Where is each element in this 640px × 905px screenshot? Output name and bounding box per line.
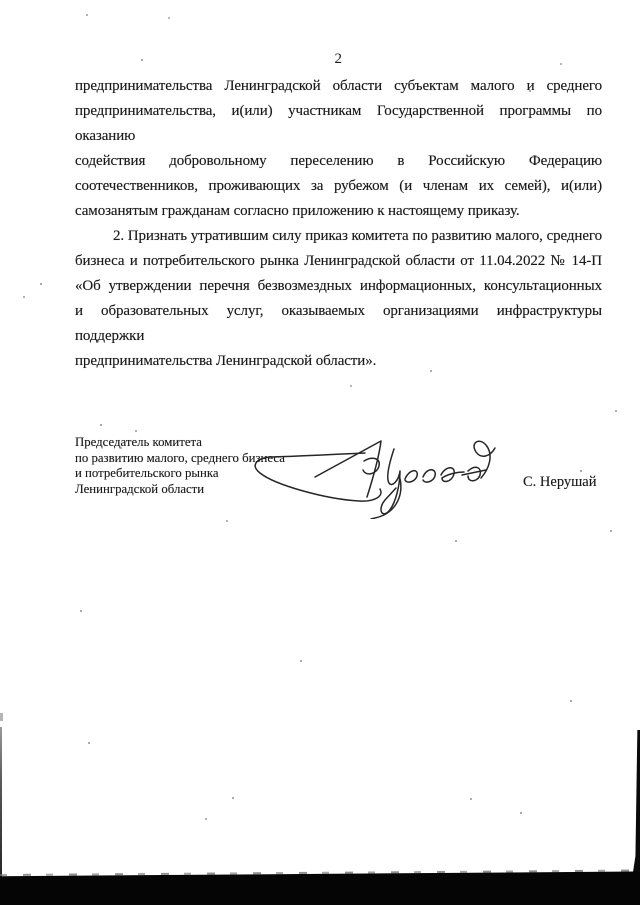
text-line: предпринимательства Ленинградской област… — [75, 349, 602, 374]
signatory-name: С. Нерушай — [523, 474, 597, 491]
text-line: и образовательных услуг, оказываемых орг… — [75, 299, 602, 349]
document-body: предпринимательства Ленинградской област… — [75, 74, 602, 374]
scan-noise-dots — [0, 0, 2, 2]
text-line: 2. Признать утратившим силу приказ комит… — [75, 224, 602, 249]
text-line: самозанятым гражданам согласно приложени… — [75, 199, 602, 224]
text-line: предпринимательства Ленинградской област… — [75, 74, 602, 99]
handwritten-signature-icon — [253, 431, 497, 519]
scanner-edge-artifact-left-tip — [0, 713, 3, 721]
text-line: предпринимательства, и(или) участникам Г… — [75, 99, 602, 149]
page-number: 2 — [75, 51, 602, 68]
text-line: соотечественников, проживающих за рубежо… — [75, 174, 602, 199]
text-line: «Об утверждении перечня безвозмездных ин… — [75, 274, 602, 299]
text-line: содействия добровольному переселению в Р… — [75, 149, 602, 174]
document-page: 2 предпринимательства Ленинградской обла… — [0, 0, 640, 905]
text-line: бизнеса и потребительского рынка Ленингр… — [75, 249, 602, 274]
